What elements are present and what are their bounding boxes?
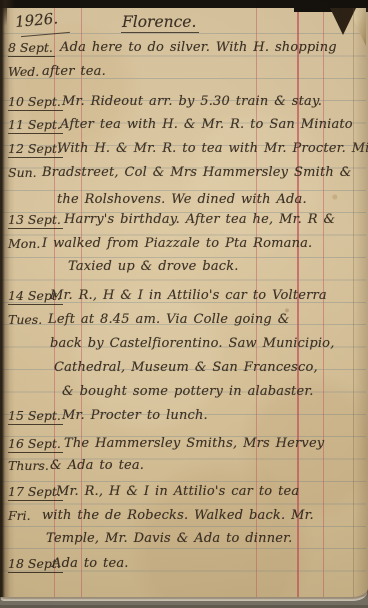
- diary-line: 18 Sept. Ada to tea.: [0, 556, 368, 578]
- diary-line: 8 Sept. Ada here to do silver. With H. s…: [0, 40, 368, 62]
- entry-text: After tea with H. & Mr. R. to San Miniat…: [60, 117, 353, 132]
- diary-line: Wed. after tea.: [0, 64, 368, 86]
- entry-text: Temple, Mr. Davis & Ada to dinner.: [46, 531, 292, 546]
- photo-frame: 1926. Florence. 8 Sept. Ada here to do s…: [0, 0, 368, 608]
- entry-date: 10 Sept.: [8, 94, 63, 111]
- entry-date: 11 Sept.: [8, 117, 63, 134]
- diary-line: 13 Sept. Harry's birthday. After tea he,…: [0, 212, 368, 234]
- diary-line: 17 Sept. Mr. R., H & I in Attilio's car …: [0, 484, 368, 506]
- header-row: 1926. Florence.: [0, 13, 368, 35]
- entry-text: Left at 8.45 am. Via Colle going &: [48, 312, 289, 327]
- entry-date: 15 Sept.: [8, 408, 63, 425]
- binding-left-edge: [0, 0, 16, 597]
- diary-line: Sun. Bradstreet, Col & Mrs Hammersley Sm…: [0, 165, 368, 187]
- diary-line: Temple, Mr. Davis & Ada to dinner.: [0, 531, 368, 553]
- entry-text: Taxied up & drove back.: [68, 259, 239, 274]
- diary-line: & bought some pottery in alabaster.: [0, 384, 368, 406]
- entry-text: back by Castelfiorentino. Saw Municipio,: [50, 336, 335, 351]
- diary-line: Mon. I walked from Piazzale to Pta Roman…: [0, 236, 368, 258]
- diary-line: 15 Sept. Mr. Procter to lunch.: [0, 408, 368, 430]
- page-title: Florence.: [121, 13, 199, 33]
- entry-text: Ada here to do silver. With H. shopping: [60, 40, 337, 55]
- entry-text: Cathedral, Museum & San Francesco,: [54, 360, 318, 375]
- entry-text: after tea.: [42, 64, 106, 79]
- diary-line: Fri. with the de Robecks. Walked back. M…: [0, 508, 368, 530]
- entry-text: & bought some pottery in alabaster.: [62, 384, 314, 399]
- entry-text: With H. & Mr. R. to tea with Mr. Procter…: [57, 141, 368, 156]
- entry-text: The Hammersley Smiths, Mrs Hervey: [64, 436, 324, 451]
- entry-text: the Rolshovens. We dined with Ada.: [57, 192, 307, 207]
- diary-line: Taxied up & drove back.: [0, 259, 368, 281]
- entry-text: Mr. Rideout arr. by 5.30 train & stay.: [62, 94, 322, 109]
- entry-text: Bradstreet, Col & Mrs Hammersley Smith &: [42, 165, 351, 180]
- entry-text: Mr. Procter to lunch.: [62, 408, 208, 423]
- entry-date: 17 Sept.: [8, 484, 63, 501]
- entry-text: with the de Robecks. Walked back. Mr.: [42, 508, 314, 523]
- diary-line: Thurs. & Ada to tea.: [0, 458, 368, 480]
- diary-line: back by Castelfiorentino. Saw Municipio,: [0, 336, 368, 358]
- diary-line: the Rolshovens. We dined with Ada.: [0, 192, 368, 214]
- diary-content: 1926. Florence. 8 Sept. Ada here to do s…: [0, 0, 368, 608]
- entry-text: Mr. R., H & I in Attilio's car to Volter…: [50, 288, 327, 303]
- diary-line: Tues. Left at 8.45 am. Via Colle going &: [0, 312, 368, 334]
- diary-line: 16 Sept. The Hammersley Smiths, Mrs Herv…: [0, 436, 368, 458]
- diary-line: 14 Sept. Mr. R., H & I in Attilio's car …: [0, 288, 368, 310]
- entry-text: & Ada to tea.: [50, 458, 144, 473]
- page-right-edge: [353, 8, 368, 597]
- entry-text: Mr. R., H & I in Attilio's car to tea: [56, 484, 299, 499]
- diary-line: 10 Sept. Mr. Rideout arr. by 5.30 train …: [0, 94, 368, 116]
- diary-line: Cathedral, Museum & San Francesco,: [0, 360, 368, 382]
- year-label: 1926.: [14, 9, 58, 31]
- diary-line: 12 Sept. With H. & Mr. R. to tea with Mr…: [0, 141, 368, 163]
- entry-text: I walked from Piazzale to Pta Romana.: [42, 236, 312, 251]
- entry-date: 16 Sept.: [8, 436, 63, 453]
- entry-text: Ada to tea.: [52, 556, 129, 571]
- diary-line: 11 Sept. After tea with H. & Mr. R. to S…: [0, 117, 368, 139]
- entry-text: Harry's birthday. After tea he, Mr. R &: [64, 212, 335, 227]
- page-right-crease: [353, 8, 354, 597]
- entry-date: 13 Sept.: [8, 212, 63, 229]
- entry-date: 12 Sept.: [8, 141, 63, 158]
- book-cover-top-edge: [0, 0, 368, 8]
